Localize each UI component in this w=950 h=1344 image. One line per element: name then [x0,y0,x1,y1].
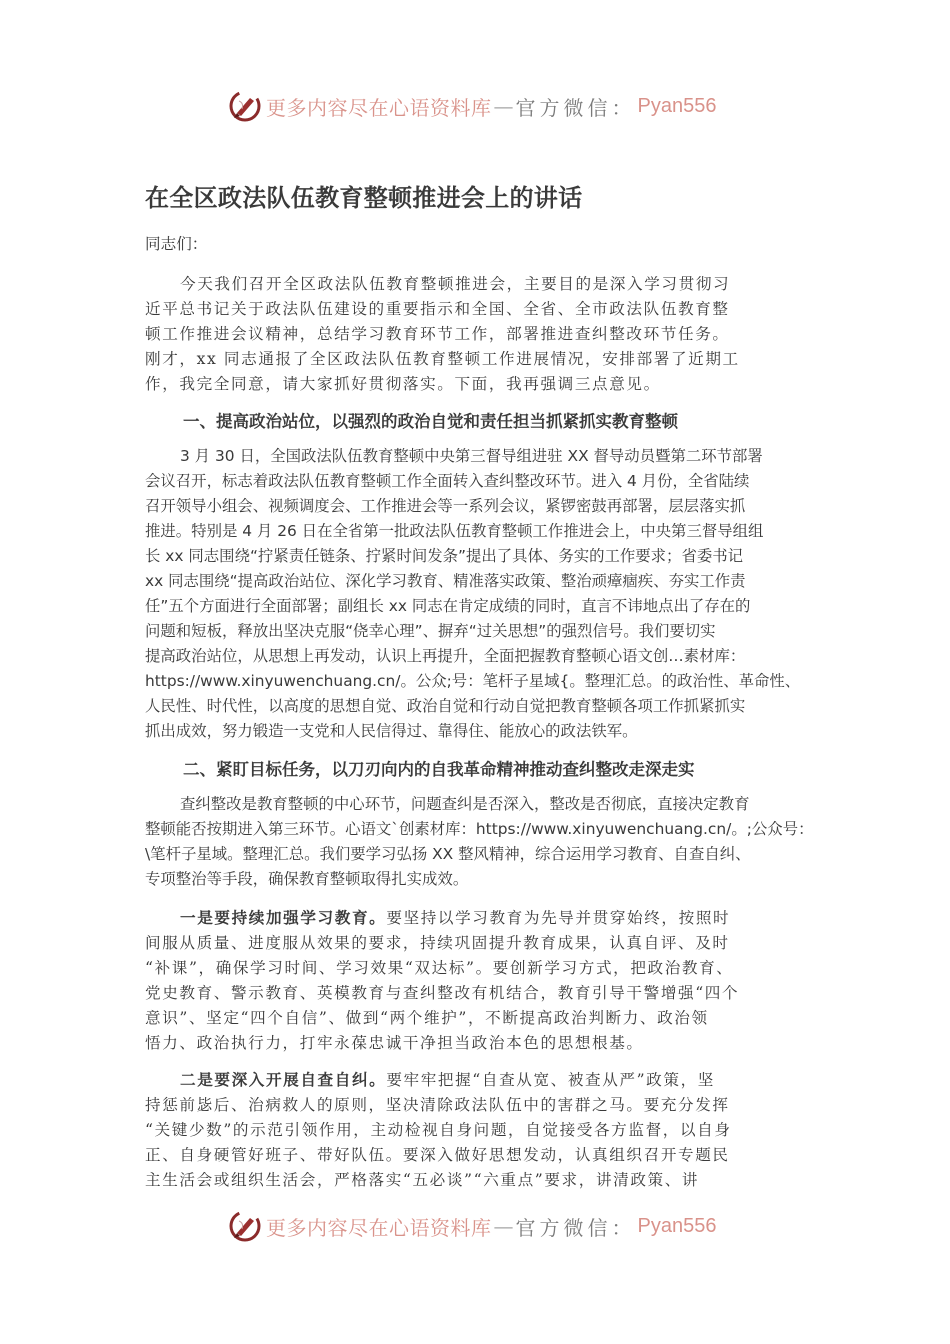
paragraph-line: https://www.xinyuwenchuang.cn/。公众;号：笔杆子星… [145,669,800,691]
paragraph-line: 顿工作推进会议精神，总结学习教育环节工作，部署推进查纠整改环节任务。 [145,322,730,344]
section-heading-2: 二、紧盯目标任务，以刀刃向内的自我革命精神推动查纠整改走深走实 [183,756,695,780]
paragraph-line: 长 xx 同志围绕“拧紧责任链条、拧紧时间发条”提出了具体、务实的工作要求；省委… [145,544,743,566]
paragraph-line: 主生活会或组织生活会，严格落实“五必谈”“六重点”要求，讲清政策、讲 [145,1168,699,1190]
paragraph-line: 间服从质量、进度服从效果的要求，持续巩固提升教育成果，认真自评、及时 [145,931,730,953]
point-2-first-line-rest: 要牢牢把握“自查从宽、被查从严”政策，坚 [386,1071,715,1089]
banner-wechat-label: 官方微信： [516,1212,636,1241]
paragraph-line: 今天我们召开全区政法队伍教育整顿推进会，主要目的是深入学习贯彻习 [180,272,730,294]
paragraph-line: 召开领导小组会、视频调度会、工作推进会等一系列会议，紧锣密鼓再部署，层层落实抓 [145,494,745,516]
paragraph-line: 抓出成效，努力锻造一支党和人民信得过、靠得住、能放心的政法铁军。 [145,719,638,741]
section-heading-1: 一、提高政治站位，以强烈的政治自觉和责任担当抓紧抓实教育整顿 [183,408,678,432]
document-title: 在全区政法队伍教育整顿推进会上的讲话 [145,178,582,213]
footer-watermark-banner: 更多内容尽在心语资料库 — 官方微信： Pyan556 [228,1206,716,1246]
quill-pen-logo-icon [228,1209,262,1243]
banner-dash: — [494,1214,514,1238]
paragraph-line: 刚才，xx 同志通报了全区政法队伍教育整顿工作进展情况，安排部署了近期工 [145,347,740,369]
paragraph-line: 提高政治站位，从思想上再发动，认识上再提升，全面把握教育整顿心语文创…素材库： [145,644,745,666]
paragraph-first-line: 二是要深入开展自查自纠。要牢牢把握“自查从宽、被查从严”政策，坚 [180,1068,715,1090]
banner-library-text: 更多内容尽在心语资料库 [266,1212,492,1241]
banner-wechat-id: Pyan556 [638,1215,717,1238]
salutation: 同志们： [145,232,207,254]
paragraph-line: 3 月 30 日，全国政法队伍教育整顿中央第三督导组进驻 XX 督导动员暨第二环… [180,444,763,466]
quill-pen-logo-icon [228,89,262,123]
paragraph-line: 悟力、政治执行力，打牢永葆忠诚干净担当政治本色的思想根基。 [145,1031,644,1053]
paragraph-line: 党史教育、警示教育、英模教育与查纠整改有机结合，教育引导干警增强“四个 [145,981,739,1003]
banner-library-text: 更多内容尽在心语资料库 [266,92,492,121]
paragraph-line: “关键少数”的示范引领作用，主动检视自身问题，自觉接受各方监督，以自身 [145,1118,732,1140]
paragraph-line: 人民性、时代性，以高度的思想自觉、政治自觉和行动自觉把教育整顿各项工作抓紧抓实 [145,694,745,716]
paragraph-line: 意识”、坚定“四个自信”、做到“两个维护”，不断提高政治判断力、政治领 [145,1006,709,1028]
paragraph-line: xx 同志围绕“提高政治站位、深化学习教育、精准落实政策、整治顽瘴痼疾、夯实工作… [145,569,746,591]
banner-dash: — [494,94,514,118]
paragraph-line: 查纠整改是教育整顿的中心环节，问题查纠是否深入，整改是否彻底，直接决定教育 [180,792,749,814]
paragraph-line: 专项整治等手段，确保教育整顿取得扎实成效。 [145,867,468,889]
paragraph-line: \笔杆子星域。整理汇总。我们要学习弘扬 XX 整风精神，综合运用学习教育、自查自… [145,842,751,864]
paragraph-line: 会议召开，标志着政法队伍教育整顿工作全面转入查纠整改环节。进入 4 月份，全省陆… [145,469,749,491]
point-1-lead: 一是要持续加强学习教育。 [180,908,386,927]
banner-wechat-label: 官方微信： [516,92,636,121]
paragraph-line: 问题和短板，释放出坚决克服“侥幸心理”、摒弃“过关思想”的强烈信号。我们要切实 [145,619,716,641]
paragraph-line: 正、自身硬管好班子、带好队伍。要深入做好思想发动，认真组织召开专题民 [145,1143,730,1165]
paragraph-line: “补课”，确保学习时间、学习效果“双达标”。要创新学习方式，把政治教育、 [145,956,734,978]
paragraph-line: 近平总书记关于政法队伍建设的重要指示和全国、全省、全市政法队伍教育整 [145,297,730,319]
point-2-lead: 二是要深入开展自查自纠。 [180,1070,386,1089]
header-watermark-banner: 更多内容尽在心语资料库 — 官方微信： Pyan556 [228,86,716,126]
paragraph-line: 推进。特别是 4 月 26 日在全省第一批政法队伍教育整顿工作推进会上，中央第三… [145,519,763,541]
paragraph-line: 任”五个方面进行全面部署；副组长 xx 同志在肯定成绩的同时，直言不讳地点出了存… [145,594,750,616]
banner-wechat-id: Pyan556 [638,95,717,118]
paragraph-first-line: 一是要持续加强学习教育。要坚持以学习教育为先导并贯穿始终，按照时 [180,906,730,928]
point-1-first-line-rest: 要坚持以学习教育为先导并贯穿始终，按照时 [386,909,730,927]
paragraph-line: 持惩前毖后、治病救人的原则，坚决清除政法队伍中的害群之马。要充分发挥 [145,1093,730,1115]
paragraph-line: 整顿能否按期进入第三环节。心语文`创素材库：https://www.xinyuw… [145,817,813,839]
paragraph-line: 作，我完全同意，请大家抓好贯彻落实。下面，我再强调三点意见。 [145,372,661,394]
